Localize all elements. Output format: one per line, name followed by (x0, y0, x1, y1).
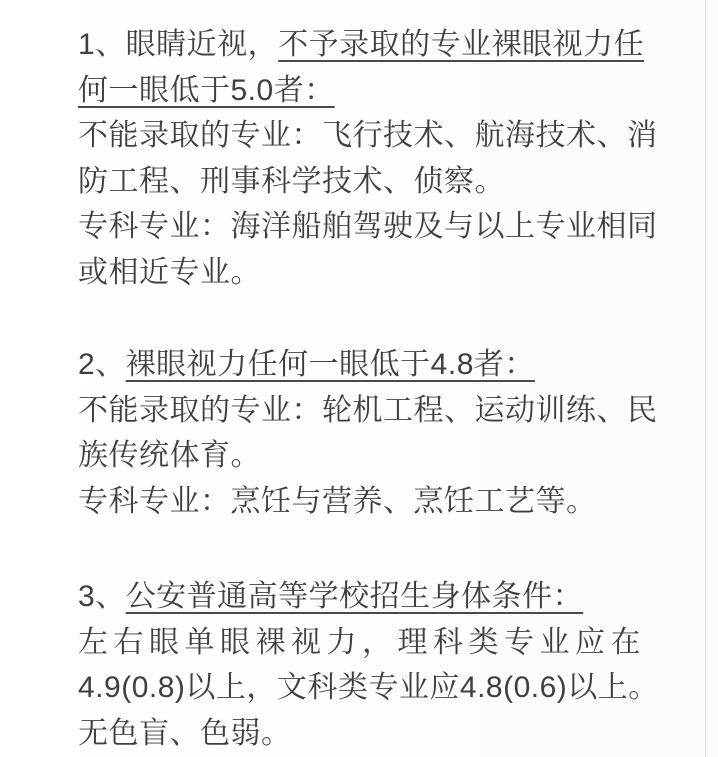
text-line: 2、裸眼视力任何一眼低于4.8者： (78, 342, 653, 388)
text-segment: 1、眼睛近视， (78, 28, 278, 61)
text-line: 不能录取的专业：飞行技术、航海技术、消 (78, 113, 653, 159)
text-segment: 专科专业：烹饪与营养、烹饪工艺等。 (78, 485, 597, 518)
page-edge-divider (705, 0, 706, 757)
text-line: 或相近专业。 (78, 250, 653, 296)
text-segment: 无色盲、色弱。 (78, 717, 292, 750)
text-line: 不能录取的专业：轮机工程、运动训练、民 (78, 388, 653, 434)
section-1-myopia-5.0: 1、眼睛近视，不予录取的专业裸眼视力任何一眼低于5.0者：不能录取的专业：飞行技… (78, 22, 653, 295)
text-segment: 族传统体育。 (78, 439, 261, 472)
text-segment: 专科专业：海洋船舶驾驶及与以上专业相同 (78, 210, 658, 243)
underlined-text-segment: 何一眼低于5.0者： (78, 74, 335, 107)
text-line: 何一眼低于5.0者： (78, 68, 653, 114)
text-line: 专科专业：烹饪与营养、烹饪工艺等。 (78, 479, 653, 525)
section-2-vision-4.8: 2、裸眼视力任何一眼低于4.8者：不能录取的专业：轮机工程、运动训练、民族传统体… (78, 342, 653, 524)
text-line: 1、眼睛近视，不予录取的专业裸眼视力任 (78, 22, 653, 68)
text-segment: 不能录取的专业：轮机工程、运动训练、民 (78, 394, 658, 427)
text-line: 防工程、刑事科学技术、侦察。 (78, 159, 653, 205)
text-line: 族传统体育。 (78, 433, 653, 479)
text-line: 左右眼单眼裸视力，理科类专业应在 (78, 620, 653, 666)
text-segment: 不能录取的专业：飞行技术、航海技术、消 (78, 119, 658, 152)
text-line: 专科专业：海洋船舶驾驶及与以上专业相同 (78, 204, 653, 250)
underlined-text-segment: 不予录取的专业裸眼视力任 (278, 28, 644, 61)
document-page: 1、眼睛近视，不予录取的专业裸眼视力任何一眼低于5.0者：不能录取的专业：飞行技… (0, 0, 718, 757)
text-segment: 或相近专业。 (78, 256, 261, 289)
text-line: 3、公安普通高等学校招生身体条件： (78, 574, 653, 620)
text-segment: 3、 (78, 580, 126, 613)
text-segment: 防工程、刑事科学技术、侦察。 (78, 165, 505, 198)
document-content: 1、眼睛近视，不予录取的专业裸眼视力任何一眼低于5.0者：不能录取的专业：飞行技… (78, 22, 653, 756)
text-segment: 4.9(0.8)以上，文科类专业应4.8(0.6)以上。 (78, 671, 659, 704)
section-3-police-colleges: 3、公安普通高等学校招生身体条件：左右眼单眼裸视力，理科类专业应在4.9(0.8… (78, 574, 653, 756)
text-segment: 左右眼单眼裸视力，理科类专业应在 (78, 626, 646, 659)
underlined-text-segment: 公安普通高等学校招生身体条件： (126, 580, 584, 613)
text-line: 无色盲、色弱。 (78, 711, 653, 757)
text-line: 4.9(0.8)以上，文科类专业应4.8(0.6)以上。 (78, 665, 653, 711)
underlined-text-segment: 裸眼视力任何一眼低于4.8者： (126, 348, 535, 381)
text-segment: 2、 (78, 348, 126, 381)
